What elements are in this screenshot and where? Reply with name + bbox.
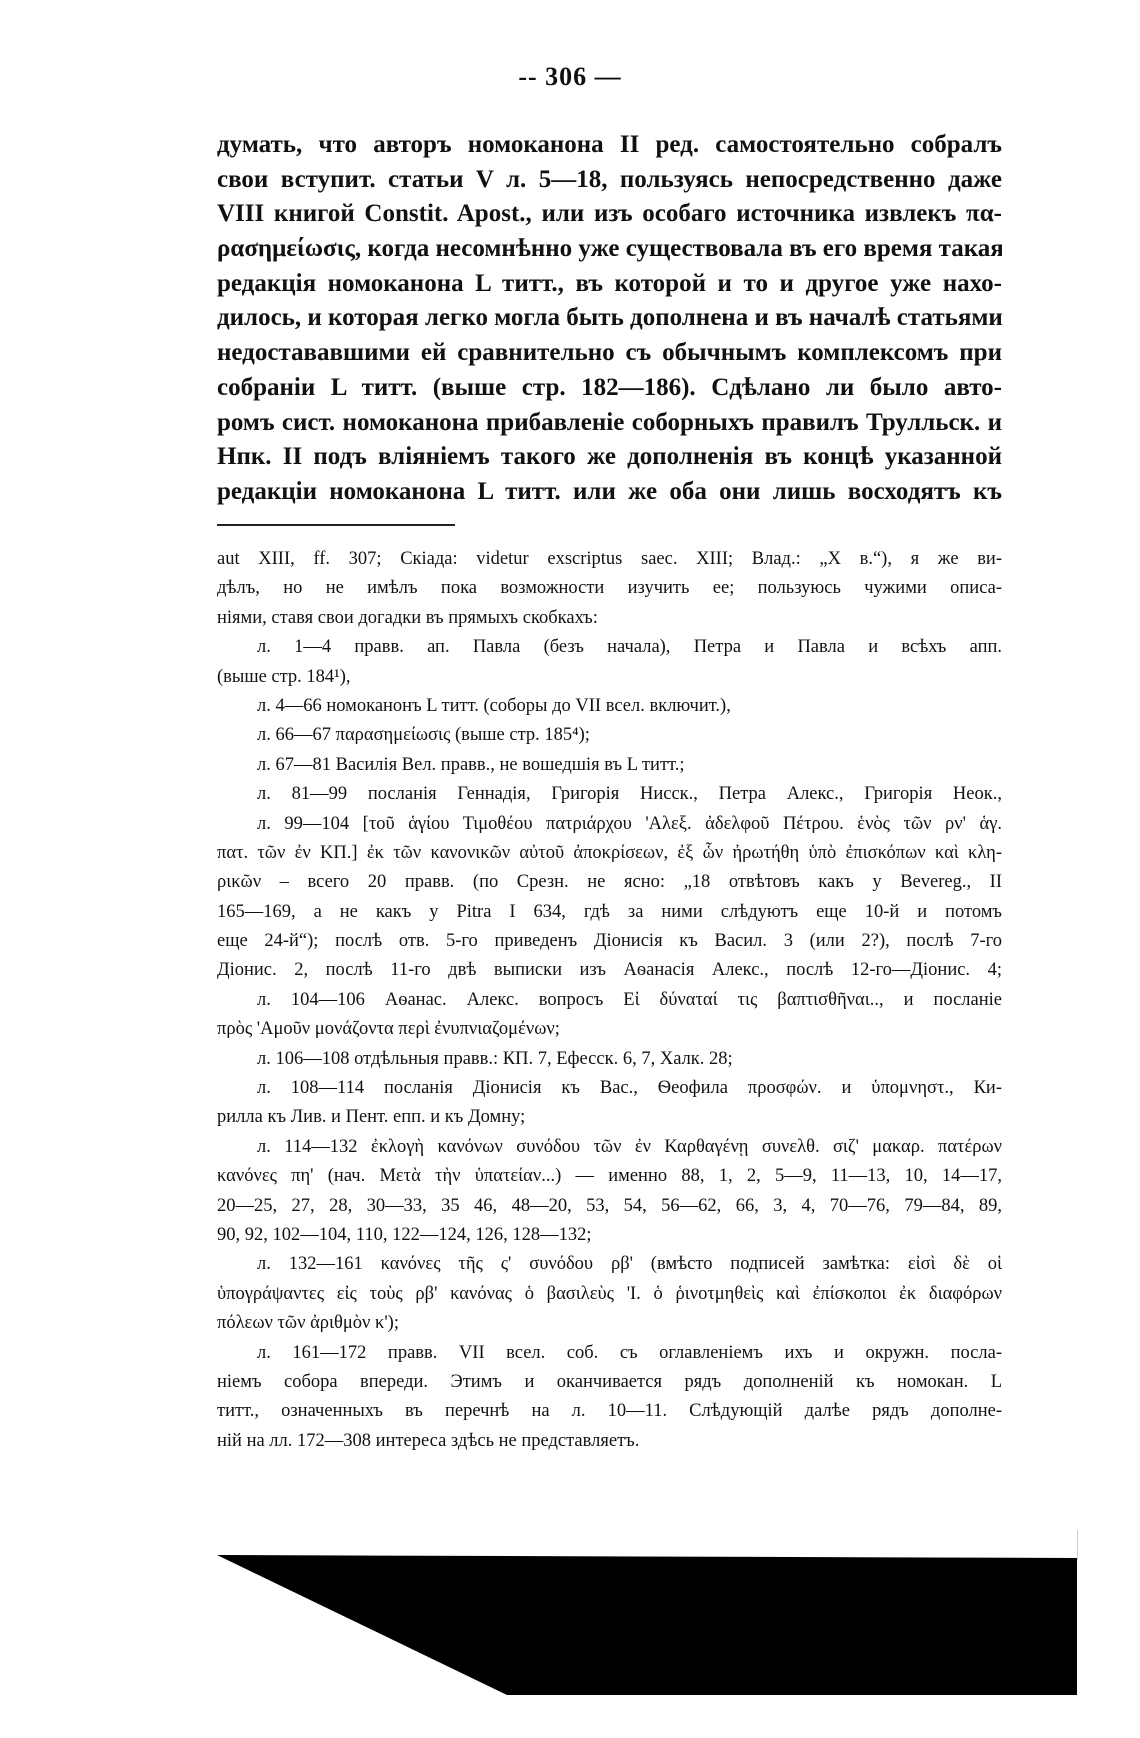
footnote-line: aut XIII, ff. 307; Скіада: videtur exscr… [217,545,1002,574]
footnote-line: л. 106—108 отдѣльныя правв.: КП. 7, Ефес… [217,1045,1002,1074]
main-text-line: думать, что авторъ номоканона II ред. са… [217,128,1002,163]
main-text-line: VIII книгой Constit. Apost., или изъ осо… [217,197,1002,232]
footnote-line: πατ. τῶν ἐν ΚΠ.] ἐκ τῶν κανονικῶν αὐτοῦ … [217,839,1002,868]
footnote-line: л. 114—132 ἐκλογὴ κανόνων συνόδου τῶν ἐν… [217,1133,1002,1162]
footnote-line: 90, 92, 102—104, 110, 122—124, 126, 128—… [217,1221,1002,1250]
footnote-line: л. 132—161 κανόνες τῆς ς' συνόδου ρβ' (в… [217,1250,1002,1279]
footnote-line: л. 99—104 [τοῦ ἁγίου Τιμοθέου πατριάρχου… [217,810,1002,839]
main-text-line: редакція номоканона L титт., въ которой … [217,267,1002,302]
footnote-line: 165—169, а не какъ у Pitra I 634, гдѣ за… [217,898,1002,927]
footnote-line: ніемъ собора впереди. Этимъ и оканчивает… [217,1368,1002,1397]
footnote-line: л. 67—81 Василія Вел. правв., не вошедші… [217,751,1002,780]
footnote-line: еще 24-й“); послѣ отв. 5-го приведенъ Ді… [217,927,1002,956]
main-text-block: думать, что авторъ номоканона II ред. са… [217,128,1002,510]
footnote-line: 20—25, 27, 28, 30—33, 35 46, 48—20, 53, … [217,1192,1002,1221]
main-text-line: ромъ сист. номоканона прибавленіе соборн… [217,406,1002,441]
footnote-line: л. 81—99 посланія Геннадія, Григорія Нис… [217,780,1002,809]
footnote-line: л. 104—106 Аѳанас. Алекс. вопросъ Εἰ δύν… [217,986,1002,1015]
main-text-line: собраніи L титт. (выше стр. 182—186). Сд… [217,371,1002,406]
main-text-line: редакціи номоканона L титт. или же оба о… [217,475,1002,510]
main-text-line: Нпк. II подъ вліяніемъ такого же дополне… [217,440,1002,475]
footnote-line: л. 4—66 номоканонъ L титт. (соборы до VI… [217,692,1002,721]
footnote-line: ρικῶν – всего 20 правв. (по Срезн. не яс… [217,868,1002,897]
page-edge-mark [1077,1530,1078,1560]
footnote-line: πρὸς 'Αμοῦν μονάζοντα περὶ ἐνυπνιαζομένω… [217,1015,1002,1044]
main-text-line: недостававшими ей сравнительно съ обычны… [217,336,1002,371]
footnote-line: (выше стр. 184¹), [217,663,1002,692]
footnotes-block: aut XIII, ff. 307; Скіада: videtur exscr… [217,545,1002,1456]
footnote-line: л. 161—172 правв. VII всел. соб. съ огла… [217,1339,1002,1368]
footnote-line: рилла къ Лив. и Пент. епп. и къ Домну; [217,1103,1002,1132]
footnote-line: л. 1—4 правв. ап. Павла (безъ начала), П… [217,633,1002,662]
main-text-line: свои вступит. статьи V л. 5—18, пользуяс… [217,163,1002,198]
footnote-separator [217,524,455,526]
main-text-line: ρασημείωσις, когда несомнѣнно уже сущест… [217,232,1002,267]
main-text-line: дилось, и которая легко могла быть допол… [217,301,1002,336]
footnote-line: л. 66—67 παρασημείωσις (выше стр. 185⁴); [217,721,1002,750]
footnote-line: ній на лл. 172—308 интереса здѣсь не пре… [217,1427,1002,1456]
footnote-line: л. 108—114 посланія Діонисія къ Вас., Ѳе… [217,1074,1002,1103]
footnote-line: дѣлъ, но не имѣлъ пока возможности изучи… [217,574,1002,603]
footnote-line: Діонис. 2, послѣ 11-го двѣ выписки изъ А… [217,956,1002,985]
footnote-line: πόλεων τῶν ἀριθμὸν κ'); [217,1309,1002,1338]
footnote-line: ὑπογράψαντες εἰς τοὺς ρβ' κανόνας ὁ βασι… [217,1280,1002,1309]
footnote-line: титт., означенныхъ въ перечнѣ на л. 10—1… [217,1397,1002,1426]
footnote-line: ніями, ставя свои догадки въ прямыхъ ско… [217,604,1002,633]
page-number: -- 306 — [0,62,1140,92]
footnote-line: κανόνες πη' (нач. Μετὰ τὴν ὑπατείαν...) … [217,1162,1002,1191]
